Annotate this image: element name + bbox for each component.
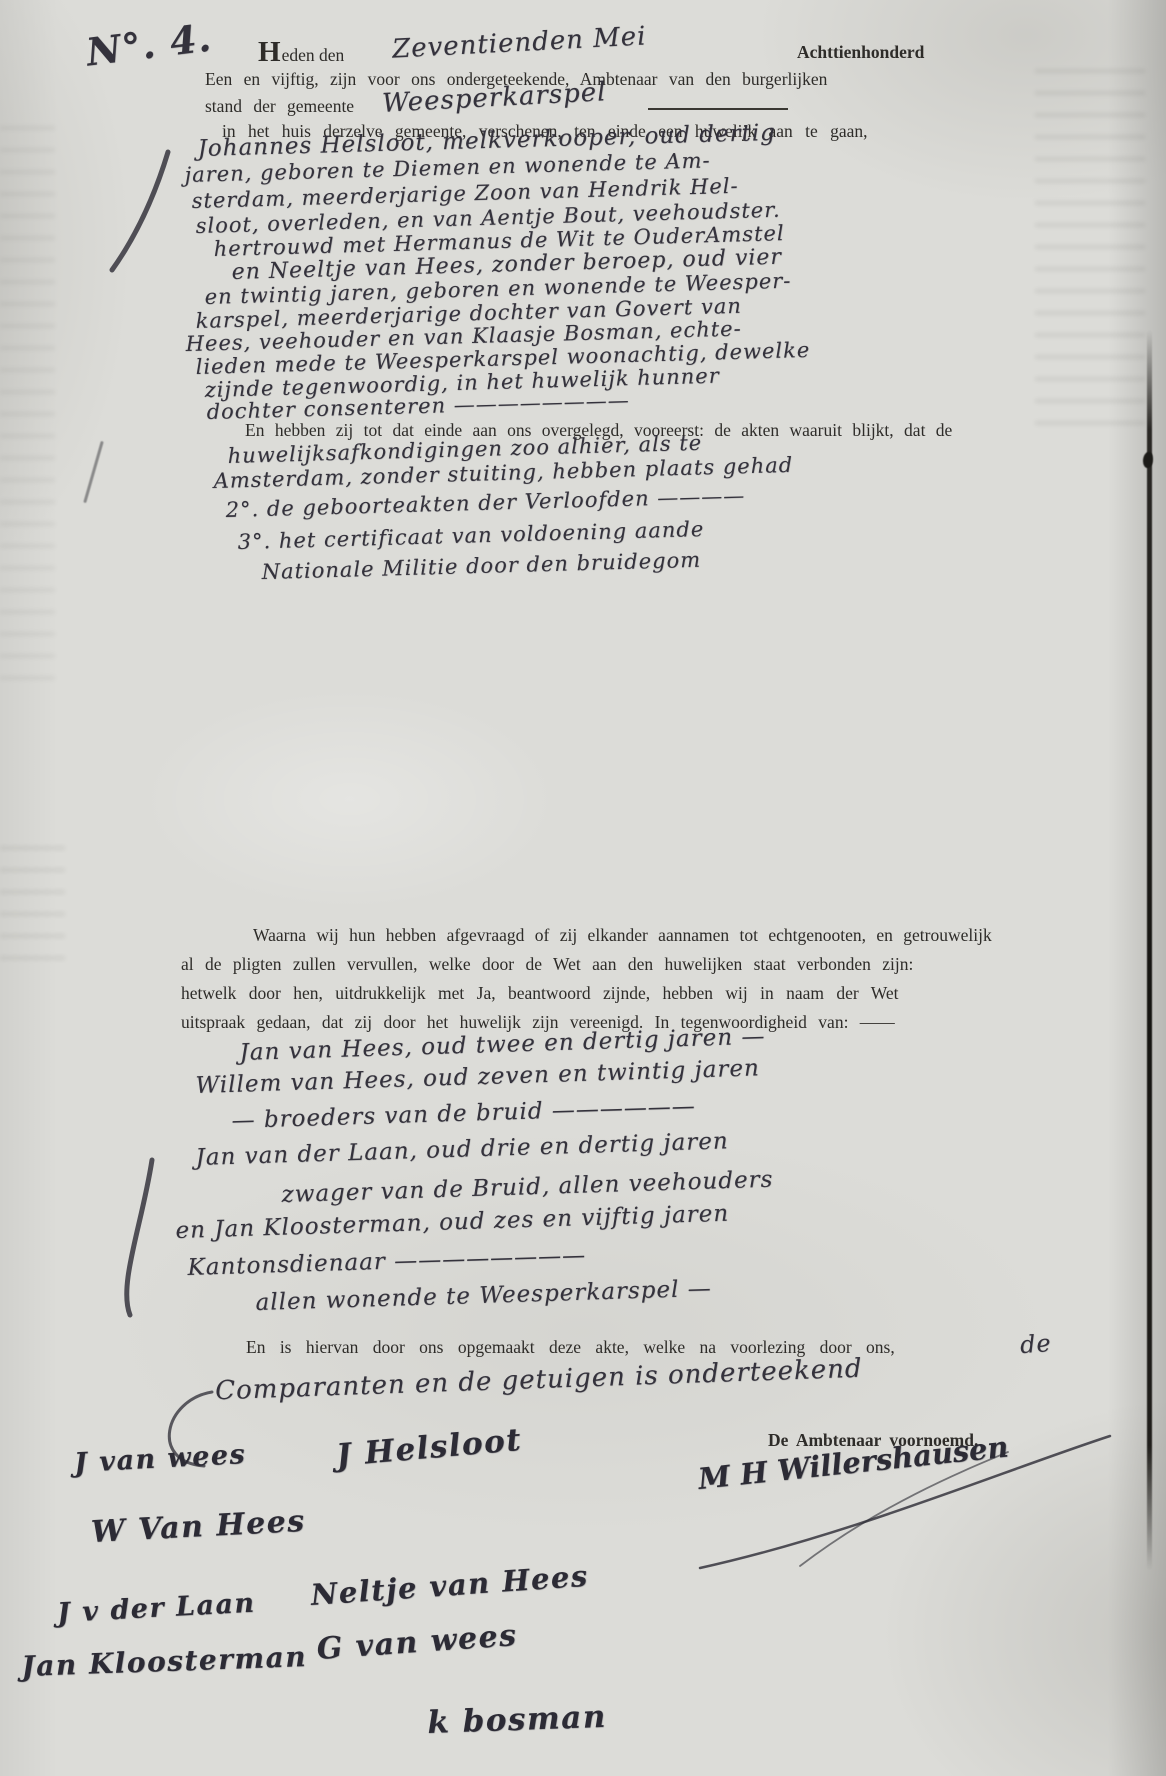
marriage-certificate-page: N°. 4. Heden den Zeventienden Mei Achtti… [0,0,1166,1776]
vows-line: al de pligten zullen vervullen, welke do… [181,954,913,975]
vows-line: Waarna wij hun hebben afgevraagd of zij … [253,925,992,946]
closing-printed: En is hiervan door ons opgemaakt deze ak… [246,1337,895,1358]
opening-year-printed: Achttienhonderd [797,42,924,63]
ruled-dash [648,108,788,110]
opening-line1-printed: Heden den [258,36,344,69]
signature-mother: k bosman [427,1699,608,1741]
closing-hand-tail: de [1019,1329,1052,1359]
vows-line: hetwelk door hen, uitdrukkelijk met Ja, … [181,983,899,1004]
opening-line3-printed: stand der gemeente [205,96,354,117]
